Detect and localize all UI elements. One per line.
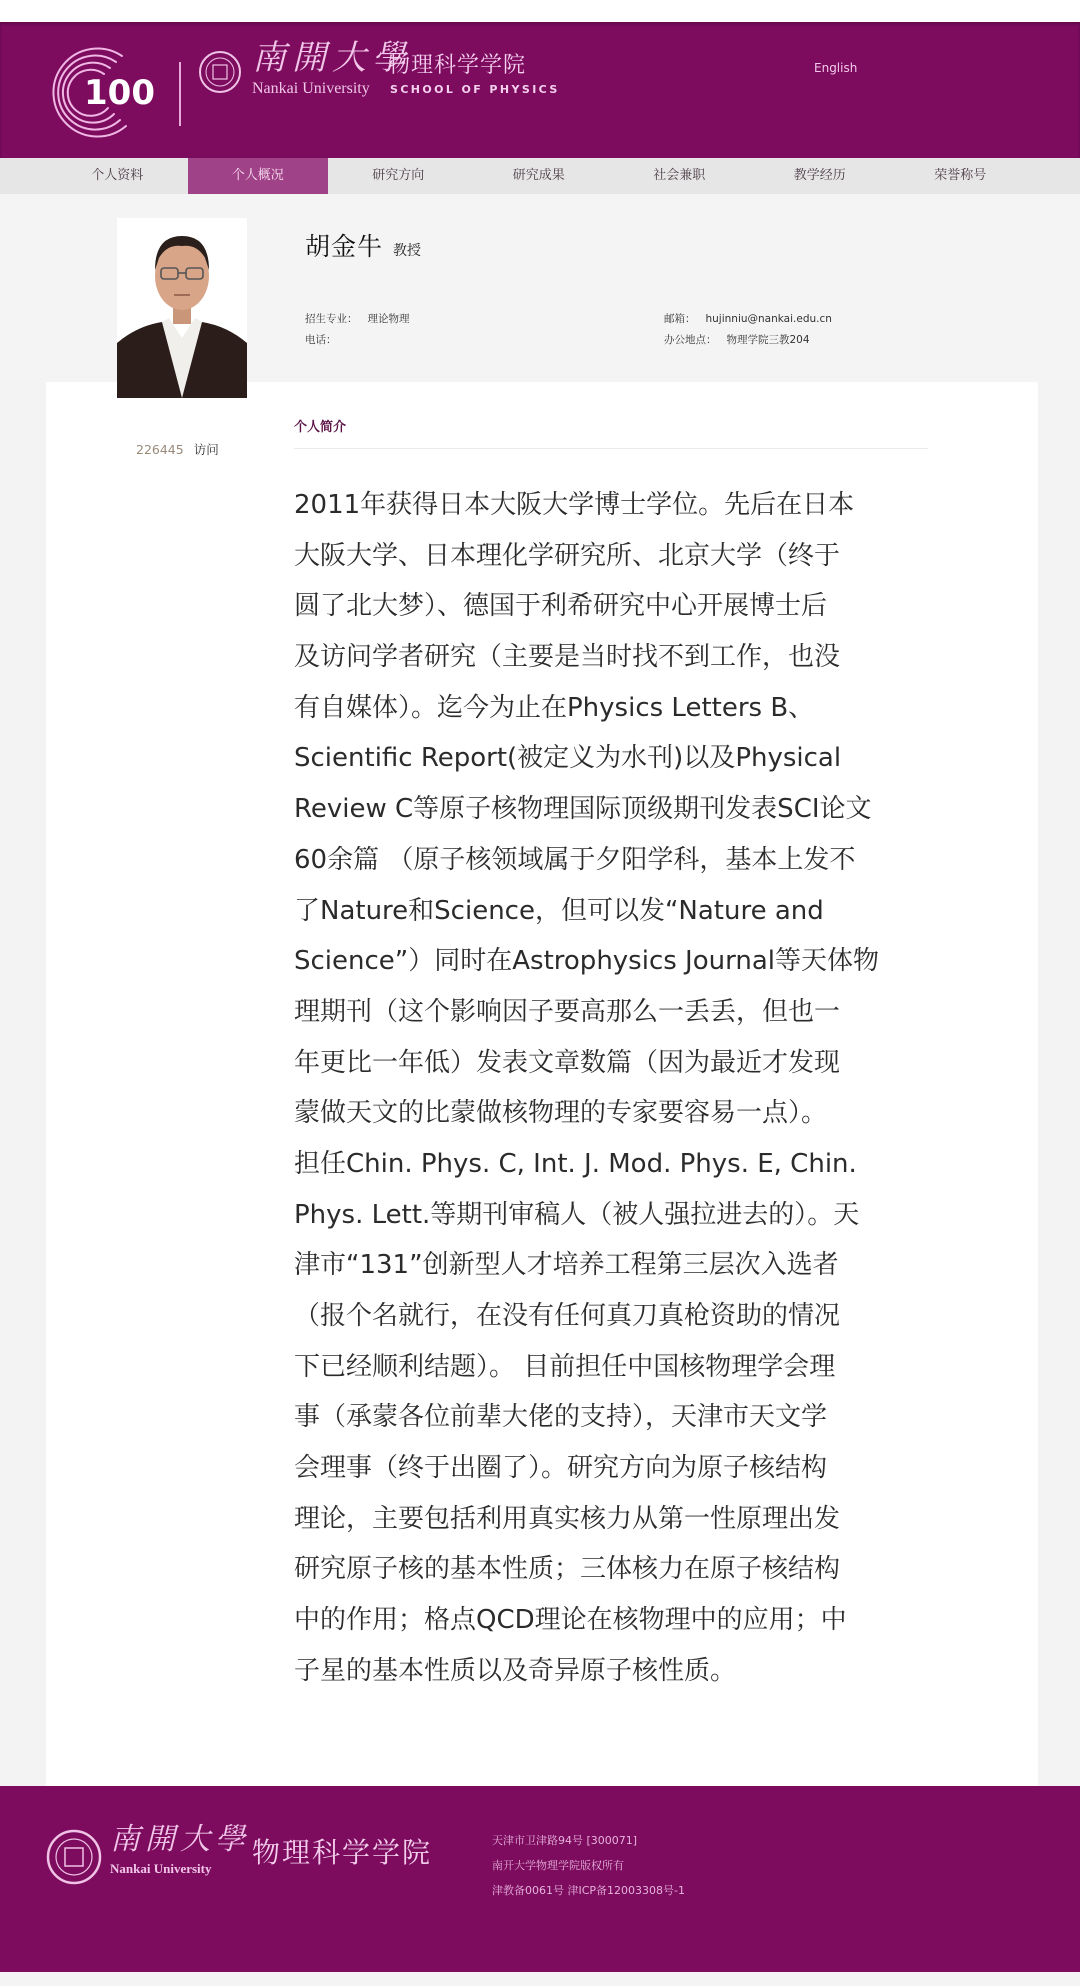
bio-line: Science”）同时在Astrophysics Journal等天体物	[294, 936, 930, 987]
school-name-en: SCHOOL OF PHYSICS	[390, 82, 560, 98]
profile-name: 胡金牛	[305, 232, 383, 262]
bio-line: 了Nature和Science，但可以发“Nature and	[294, 886, 930, 937]
bio-line: 年更比一年低）发表文章数篇（因为最近才发现	[294, 1038, 930, 1089]
section-divider	[294, 448, 928, 449]
bio-line: 会理事（终于出圈了）。研究方向为原子核结构	[294, 1443, 930, 1494]
footer-school-name: 物理科学学院	[252, 1836, 432, 1870]
university-name-en: Nankai University	[252, 79, 370, 99]
nav-item-honors[interactable]: 荣誉称号	[890, 158, 1031, 194]
bio-line: 事（承蒙各位前辈大佬的支持），天津市天文学	[294, 1392, 930, 1443]
bio-line: 2011年获得日本大阪大学博士学位。先后在日本	[294, 480, 930, 531]
bio-line: 子星的基本性质以及奇异原子核性质。	[294, 1646, 930, 1697]
english-language-link[interactable]: English	[814, 60, 857, 76]
profile-nav: 个人资料 个人概况 研究方向 研究成果 社会兼职 教学经历 荣誉称号	[0, 158, 1080, 194]
university-seal-icon	[198, 50, 242, 94]
bio-line: （报个名就行，在没有任何真刀真枪资助的情况	[294, 1291, 930, 1342]
bio-line: 中的作用；格点QCD理论在核物理中的应用；中	[294, 1595, 930, 1646]
email-field: 邮箱：hujinniu@nankai.edu.cn	[664, 312, 832, 326]
office-field: 办公地点：物理学院三教204	[664, 333, 810, 347]
major-field: 招生专业：理论物理	[305, 312, 410, 326]
centennial-logo-icon[interactable]: 100	[44, 42, 162, 142]
bio-text: 2011年获得日本大阪大学博士学位。先后在日本 大阪大学、日本理化学研究所、北京…	[294, 480, 930, 1697]
nav-item-overview[interactable]: 个人概况	[188, 158, 329, 194]
bio-line: 及访问学者研究（主要是当时找不到工作，也没	[294, 632, 930, 683]
visit-label: 访问	[194, 442, 219, 457]
footer-university-en: Nankai University	[110, 1861, 211, 1877]
visit-count: 226445	[136, 442, 184, 457]
svg-text:100: 100	[84, 73, 155, 113]
profile-photo	[117, 218, 247, 398]
office-label: 办公地点：	[664, 334, 717, 346]
nav-item-research-results[interactable]: 研究成果	[469, 158, 610, 194]
bio-line: 圆了北大梦）、德国于利希研究中心开展博士后	[294, 581, 930, 632]
bio-line: Phys. Lett.等期刊审稿人（被人强拉进去的）。天	[294, 1190, 930, 1241]
major-label: 招生专业：	[305, 313, 358, 325]
phone-label: 电话：	[305, 334, 337, 346]
nav-item-social-positions[interactable]: 社会兼职	[609, 158, 750, 194]
bio-line: 蒙做天文的比蒙做核物理的专家要容易一点）。	[294, 1088, 930, 1139]
visit-counter: 226445访问	[136, 442, 219, 458]
nav-item-teaching-experience[interactable]: 教学经历	[750, 158, 891, 194]
bio-line: Scientific Report(被定义为水刊)以及Physical	[294, 733, 930, 784]
footer-copyright: 南开大学物理学院版权所有	[492, 1853, 685, 1878]
bio-line: 研究原子核的基本性质；三体核力在原子核结构	[294, 1544, 930, 1595]
office-value: 物理学院三教204	[727, 334, 810, 346]
footer-university-cn: 南開大學	[110, 1822, 250, 1858]
footer-bottom-strip	[0, 1972, 1080, 1986]
bio-line: 有自媒体）。迄今为止在Physics Letters B、	[294, 683, 930, 734]
bio-line: 理论，主要包括利用真实核力从第一性原理出发	[294, 1494, 930, 1545]
bio-line: 担任Chin. Phys. C, Int. J. Mod. Phys. E, C…	[294, 1139, 930, 1190]
section-title-intro: 个人简介	[294, 420, 346, 436]
profile-name-row: 胡金牛 教授	[305, 232, 421, 262]
email-value[interactable]: hujinniu@nankai.edu.cn	[706, 313, 832, 325]
bio-line: 大阪大学、日本理化学研究所、北京大学（终于	[294, 531, 930, 582]
footer-address: 天津市卫津路94号 [300071]	[492, 1828, 685, 1853]
phone-field: 电话：	[305, 333, 347, 347]
profile-title: 教授	[393, 240, 421, 260]
nav-item-research-direction[interactable]: 研究方向	[328, 158, 469, 194]
bio-line: 津市“131”创新型人才培养工程第三层次入选者	[294, 1240, 930, 1291]
bio-line: 理期刊（这个影响因子要高那么一丢丢，但也一	[294, 987, 930, 1038]
top-strip	[0, 0, 1080, 22]
page: 100 南開大學 Nankai University 物理科学学院 SCHOOL…	[0, 0, 1080, 1986]
footer-icp[interactable]: 津教备0061号 津ICP备12003308号-1	[492, 1878, 685, 1903]
footer-seal-icon	[46, 1829, 102, 1885]
email-label: 邮箱：	[664, 313, 696, 325]
bio-line: Review C等原子核物理国际顶级期刊发表SCI论文	[294, 784, 930, 835]
bio-line: 60余篇 （原子核领域属于夕阳学科，基本上发不	[294, 835, 930, 886]
nav-item-personal-info[interactable]: 个人资料	[47, 158, 188, 194]
school-name-cn: 物理科学学院	[388, 52, 526, 80]
major-value: 理论物理	[368, 313, 410, 325]
logo-divider	[179, 62, 181, 126]
bio-line: 下已经顺利结题）。 目前担任中国核物理学会理	[294, 1342, 930, 1393]
footer-info: 天津市卫津路94号 [300071] 南开大学物理学院版权所有 津教备0061号…	[492, 1828, 685, 1903]
